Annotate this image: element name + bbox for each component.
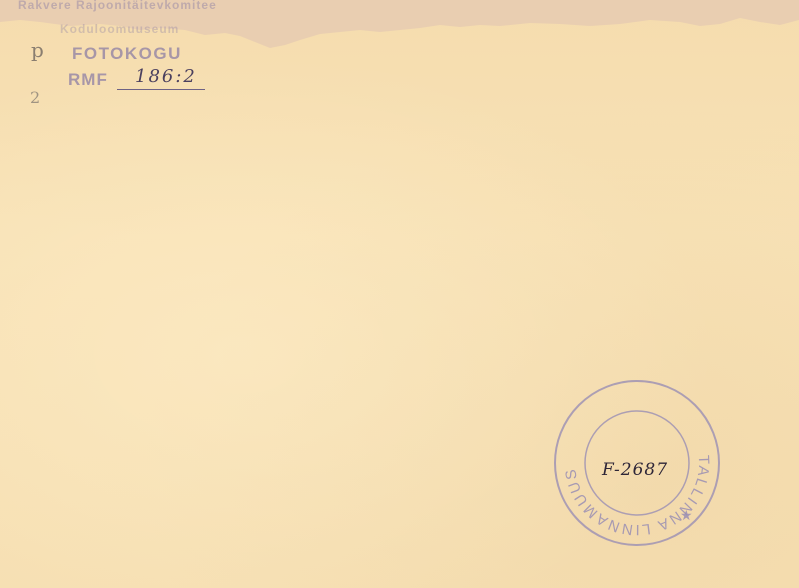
- handwritten-registration-number: 186:2: [135, 66, 197, 87]
- svg-text:★: ★: [680, 507, 693, 523]
- stamp-institution-line: Rakvere Rajoonitäitevkomitee: [18, 0, 217, 12]
- stamp-prefix: RMF: [68, 70, 108, 90]
- pencil-mark-p: p: [31, 38, 44, 62]
- stamp-collection-label: FOTOKOGU: [72, 44, 182, 64]
- stamp-museum-line: Koduloomuuseum: [60, 22, 179, 36]
- stamp-underline: [117, 89, 205, 90]
- handwritten-inventory-number: F-2687: [602, 460, 668, 480]
- pencil-mark-2: 2: [30, 88, 40, 107]
